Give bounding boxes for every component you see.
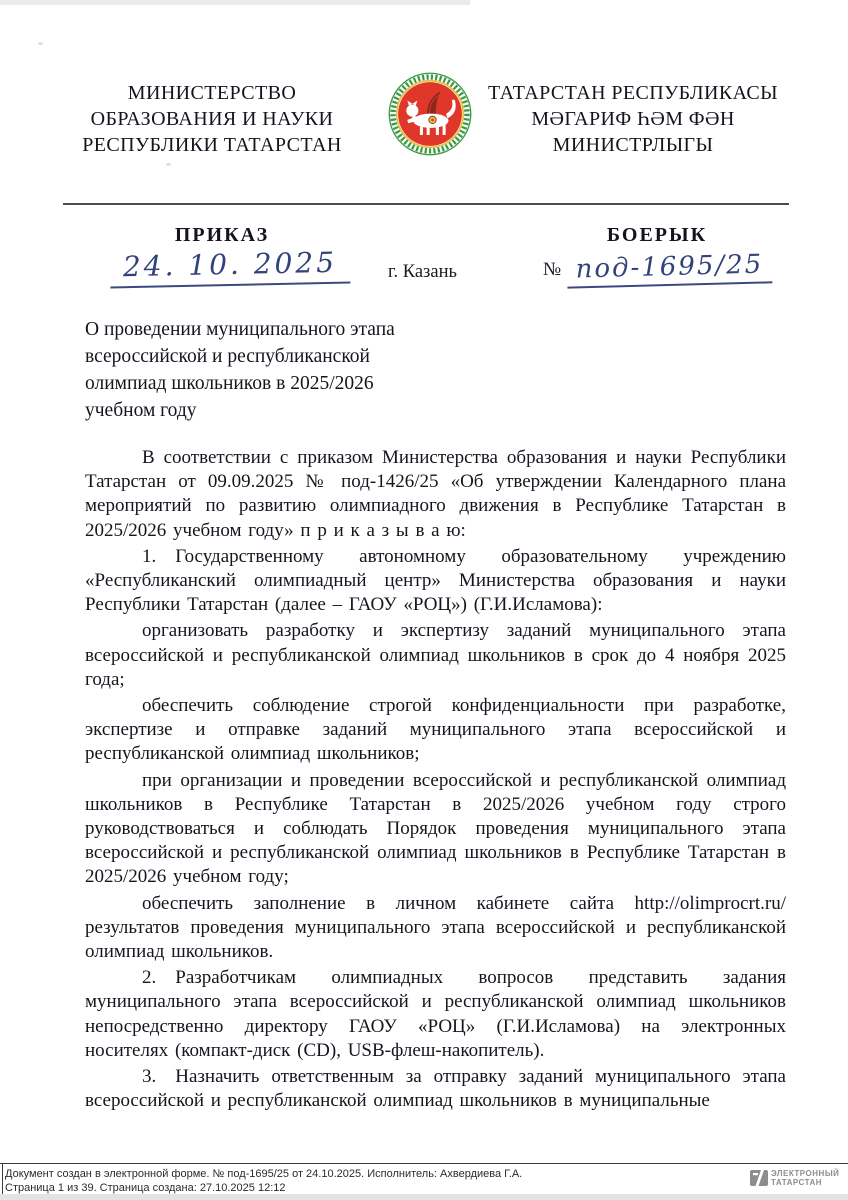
scanned-order-document: МИНИСТЕРСТВО ОБРАЗОВАНИЯ И НАУКИ РЕСПУБЛ… — [0, 0, 848, 1200]
scan-edge-artifact-bottom — [0, 1194, 848, 1200]
order-item-2: 2. Разработчикам олимпиадных вопросов пр… — [85, 966, 786, 1063]
order-item-1: 1. Государственному автономному образова… — [85, 545, 786, 618]
footer-logo-line2: ТАТАРСТАН — [771, 1178, 839, 1187]
number-sign: № — [543, 259, 561, 280]
scan-speck — [166, 163, 171, 166]
footer-divider — [0, 1163, 848, 1164]
order-item-1-sub-3: при организации и проведении всероссийск… — [85, 769, 786, 890]
order-item-1-sub-2: обеспечить соблюдение строгой конфиденци… — [85, 694, 786, 767]
order-title-tatar: БОЕРЫК — [572, 224, 742, 247]
ministry-name-russian: МИНИСТЕРСТВО ОБРАЗОВАНИЯ И НАУКИ РЕСПУБЛ… — [72, 80, 352, 158]
footer-logo-text: ЭЛЕКТРОННЫЙ ТАТАРСТАН — [771, 1169, 839, 1187]
preamble-paragraph: В соответствии с приказом Министерства о… — [85, 446, 786, 543]
order-number-row: №под-1695/25 — [543, 252, 788, 286]
order-body: В соответствии с приказом Министерства о… — [85, 446, 786, 1115]
scan-speck — [38, 42, 43, 45]
electronic-tatarstan-logo: ЭЛЕКТРОННЫЙ ТАТАРСТАН — [750, 1169, 842, 1187]
footer-page-info: Страница 1 из 39. Страница создана: 27.1… — [5, 1182, 285, 1194]
city-label: г. Казань — [388, 262, 468, 283]
order-item-3: 3. Назначить ответственным за отправку з… — [85, 1065, 786, 1113]
handwritten-order-number: под-1695/25 — [567, 249, 773, 288]
electronic-tatarstan-logo-icon — [750, 1170, 768, 1186]
handwritten-date: 24. 10. 2025 — [110, 245, 351, 288]
footer-document-info: Документ создан в электронной форме. № п… — [5, 1168, 522, 1180]
scan-edge-artifact — [0, 0, 470, 5]
tatarstan-coat-of-arms-icon — [388, 66, 472, 162]
order-title-russian: ПРИКАЗ — [137, 224, 307, 247]
order-subject: О проведении муниципального этапа всерос… — [85, 316, 485, 424]
letterhead-divider — [63, 203, 789, 205]
order-item-1-sub-4: обеспечить заполнение в личном кабинете … — [85, 892, 786, 965]
footer-logo-line1: ЭЛЕКТРОННЫЙ — [771, 1169, 839, 1178]
order-item-1-sub-1: организовать разработку и экспертизу зад… — [85, 619, 786, 692]
ministry-name-tatar: ТАТАРСТАН РЕСПУБЛИКАСЫ МӘГАРИФ ҺӘМ ФӘН М… — [468, 80, 798, 158]
